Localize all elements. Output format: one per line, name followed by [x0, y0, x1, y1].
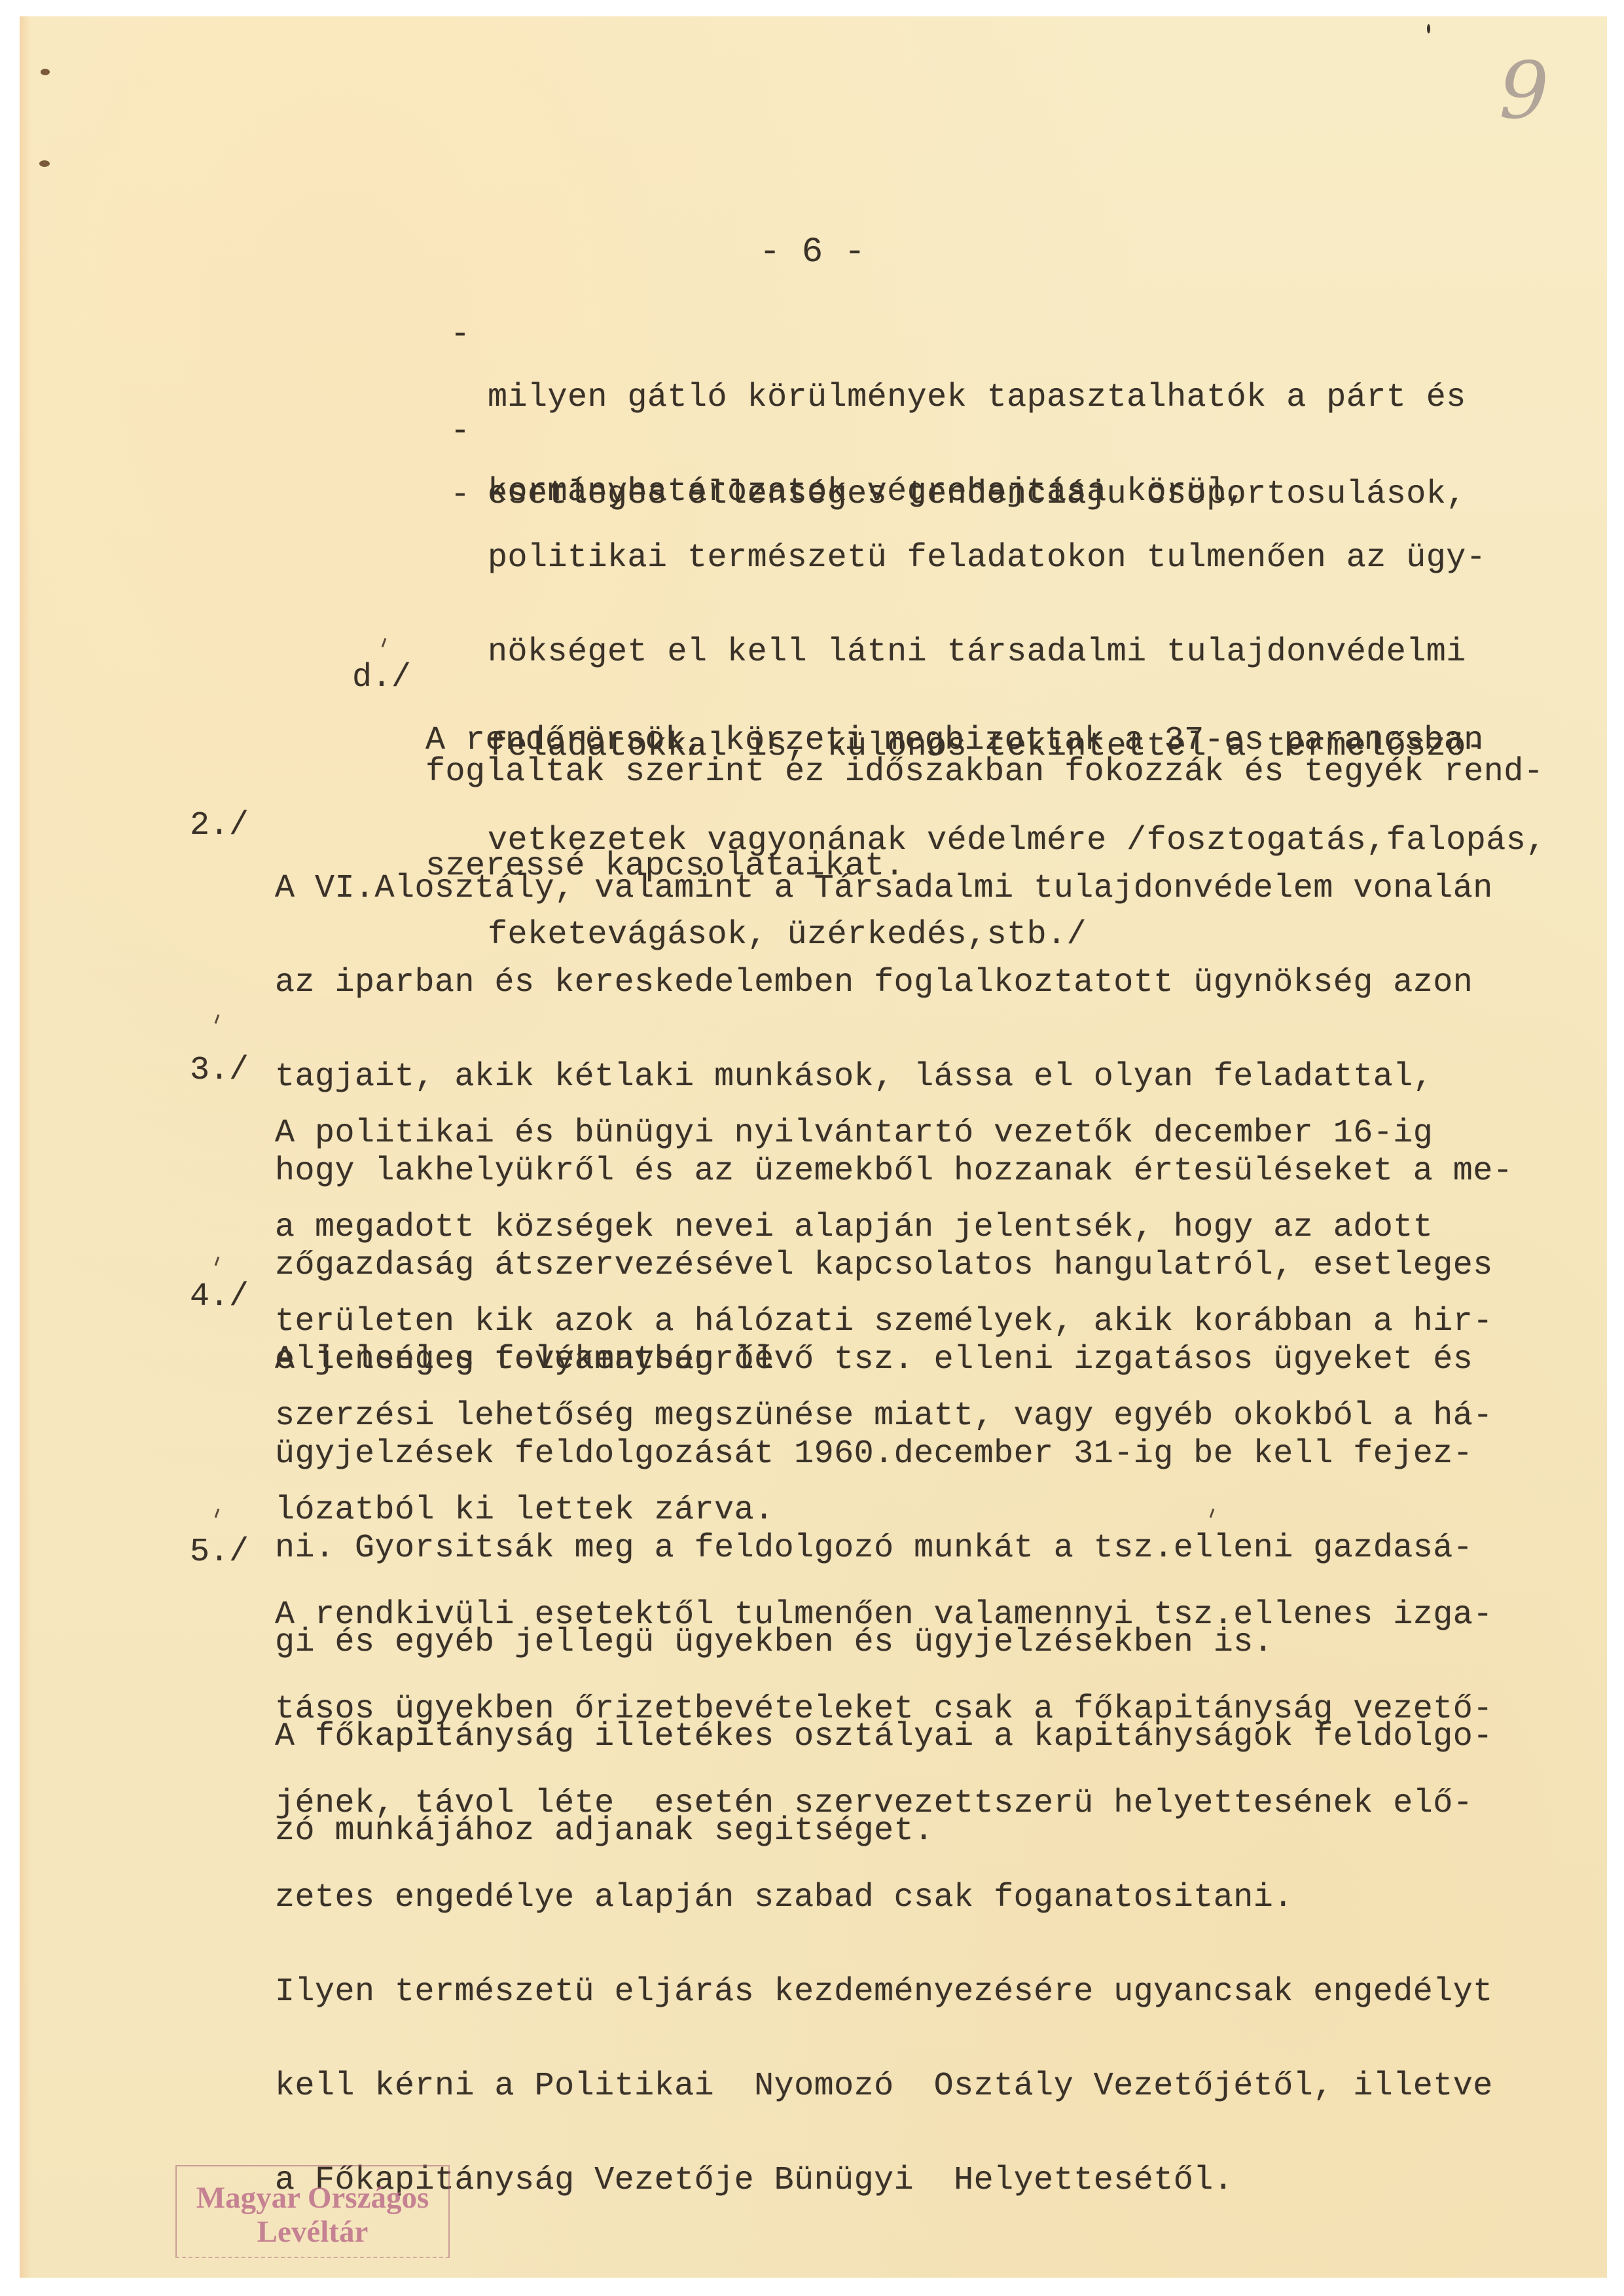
archive-stamp: Magyar Országos Levéltár — [175, 2165, 450, 2258]
text-line: A VI.Alosztály, valamint a Társadalmi tu… — [275, 873, 1513, 905]
dash-marker: - — [450, 416, 470, 448]
handwritten-page-number: 9 — [1499, 46, 1549, 137]
text-line: az iparban és kereskedelemben foglalkozt… — [275, 967, 1513, 999]
text-line: politikai természetü feladatokon tulmenő… — [488, 543, 1546, 574]
text-line: A jelenleg folyamatban lévő tsz. elleni … — [275, 1344, 1493, 1376]
dash-marker: - — [450, 480, 470, 511]
stamp-line-2: Levéltár — [177, 2215, 448, 2249]
item-text: A rendkivüli esetektől tulmenően valamen… — [275, 1537, 1493, 2259]
sub-item-marker: d./ — [352, 662, 411, 694]
paper-edge-shading — [20, 16, 31, 2278]
stamp-line-1: Magyar Országos — [177, 2181, 448, 2215]
item-number: 3./ — [190, 1055, 249, 1086]
text-line: tásos ügyekben őrizetbevételeket csak a … — [275, 1694, 1493, 1725]
text-line: jének, távol léte esetén szervezettszerü… — [275, 1788, 1493, 1820]
item-number: 4./ — [190, 1282, 249, 1313]
text-line: zetes engedélye alapján szabad csak foga… — [275, 1882, 1493, 1914]
text-line: a Főkapitányság Vezetője Bünügyi Helyett… — [275, 2165, 1493, 2197]
page-marker: - 6 - — [759, 232, 865, 272]
text-line: kell kérni a Politikai Nyomozó Osztály V… — [275, 2071, 1493, 2102]
text-line: milyen gátló körülmények tapasztalhatók … — [488, 382, 1466, 414]
dash-marker: - — [450, 319, 470, 351]
text-line: foglaltak szerint ez időszakban fokozzák… — [425, 757, 1543, 788]
text-line: A rendkivüli esetektől tulmenően valamen… — [275, 1600, 1493, 1631]
item-number: 2./ — [190, 810, 249, 842]
text-line: A politikai és bünügyi nyilvántartó veze… — [275, 1118, 1493, 1149]
item-number: 5./ — [190, 1537, 249, 1568]
ink-speck — [1427, 24, 1430, 33]
text-line: ügyjelzések feldolgozását 1960.december … — [275, 1439, 1493, 1470]
punch-mark — [39, 160, 50, 167]
text-line: Ilyen természetü eljárás kezdeményezésér… — [275, 1977, 1493, 2008]
text-line: a megadott községek nevei alapján jelent… — [275, 1212, 1493, 1244]
punch-mark — [41, 69, 50, 75]
